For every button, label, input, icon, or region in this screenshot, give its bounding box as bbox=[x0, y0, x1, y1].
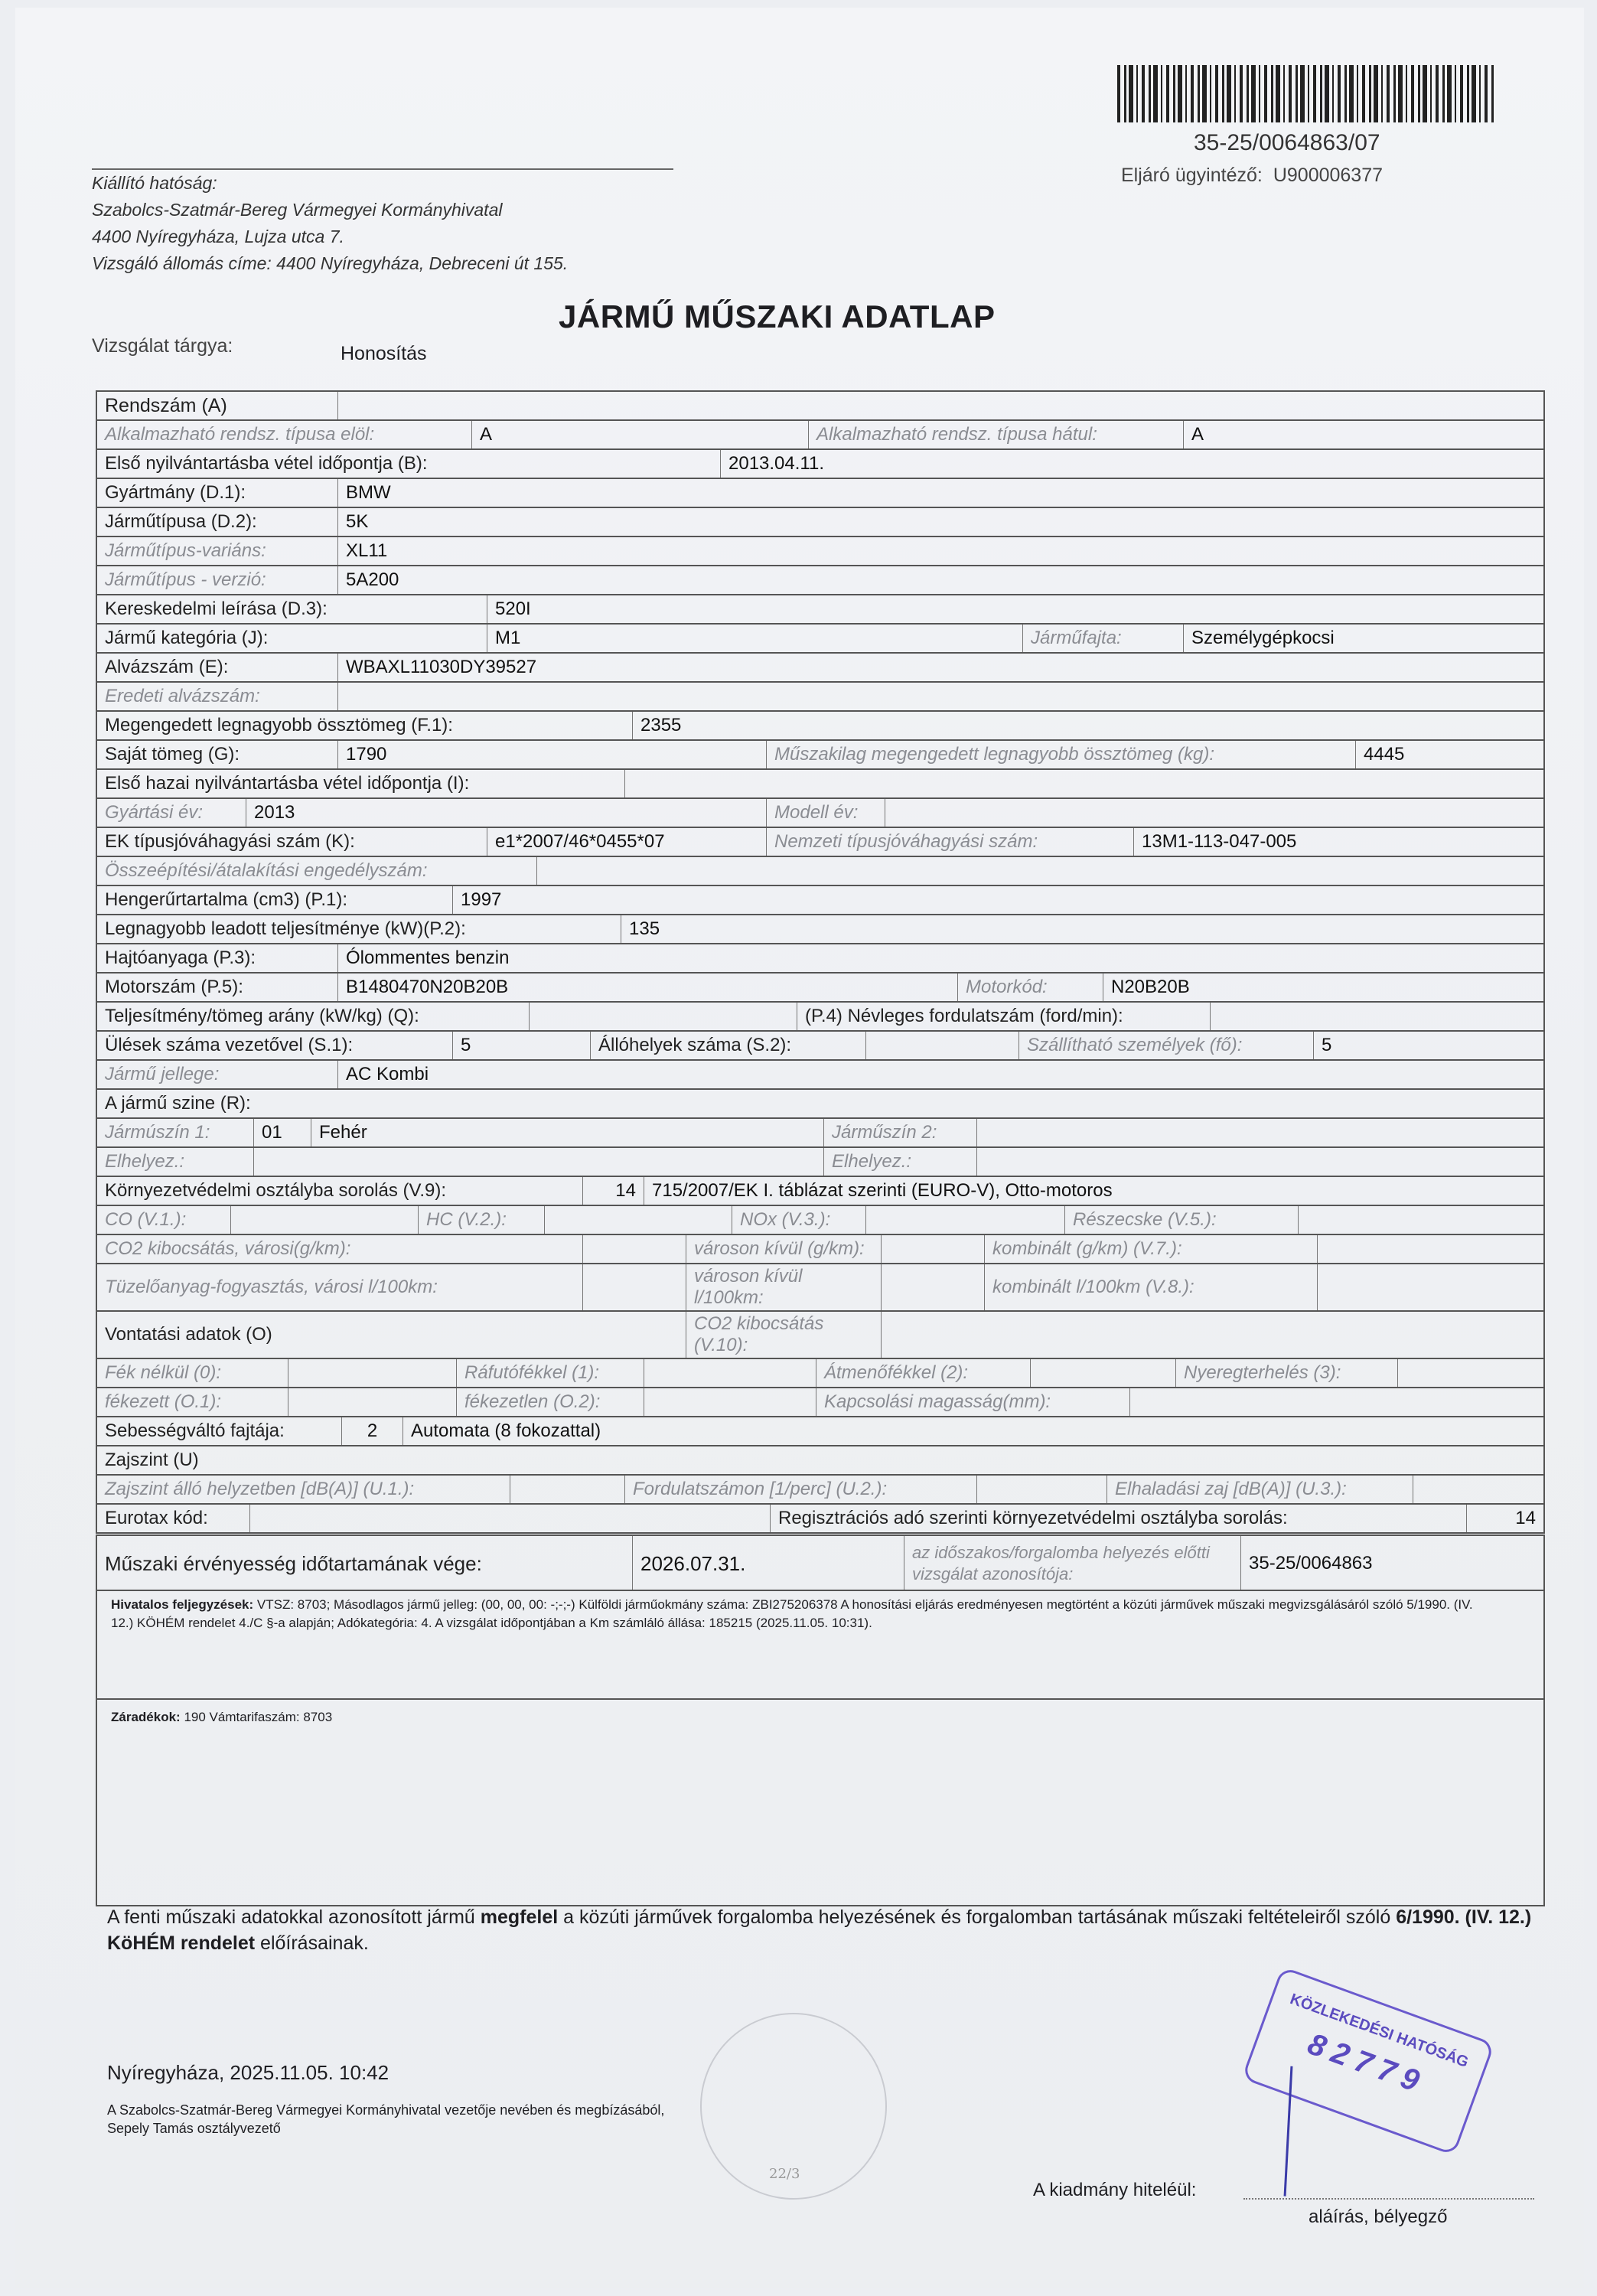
row-towing-1: Fék nélkül (0): Ráfutófékkel (1): Átmenő… bbox=[97, 1359, 1543, 1388]
eurotax-label: Eurotax kód: bbox=[97, 1505, 250, 1532]
displacement-value: 1997 bbox=[453, 886, 1543, 914]
document-page: 35-25/0064863/07 Eljáró ügyintéző:U90000… bbox=[15, 8, 1584, 2288]
gearbox-value: Automata (8 fokozattal) bbox=[403, 1417, 1543, 1445]
subject-label: Vizsgálat tárgya: bbox=[92, 335, 233, 357]
row-towing-2: fékezett (O.1): fékezetlen (O.2): Kapcso… bbox=[97, 1388, 1543, 1417]
version-label: Járműtípus - verzió: bbox=[97, 566, 338, 594]
braked-label: fékezett (O.1): bbox=[97, 1388, 288, 1416]
fuel-extra-label: városon kívül l/100km: bbox=[686, 1264, 882, 1310]
hc-label: HC (V.2.): bbox=[419, 1206, 545, 1234]
row-power-weight: Teljesítmény/tömeg arány (kW/kg) (Q): (P… bbox=[97, 1003, 1543, 1032]
model-year-value bbox=[885, 799, 1543, 827]
row-make: Gyártmány (D.1): BMW bbox=[97, 479, 1543, 508]
env-class-value: 715/2007/EK I. táblázat szerinti (EURO-V… bbox=[644, 1177, 1543, 1205]
continuous-value bbox=[1031, 1359, 1176, 1387]
variant-label: Járműtípus-variáns: bbox=[97, 537, 338, 565]
engine-code-label: Motorkód: bbox=[958, 974, 1103, 1001]
vehicle-kind-value: Személygépkocsi bbox=[1184, 625, 1543, 652]
row-body: Jármű jellege: AC Kombi bbox=[97, 1061, 1543, 1090]
placement1-label: Elhelyez.: bbox=[97, 1148, 254, 1176]
row-displacement: Hengerűrtartalma (cm3) (P.1): 1997 bbox=[97, 886, 1543, 915]
issuer-address: 4400 Nyíregyháza, Lujza utca 7. bbox=[92, 223, 568, 250]
row-color: Jármúszín 1: 01 Fehér Járműszín 2: bbox=[97, 1119, 1543, 1148]
hc-value bbox=[545, 1206, 732, 1234]
nox-label: NOx (V.3.): bbox=[732, 1206, 866, 1234]
signer-block: A Szabolcs-Szatmár-Bereg Vármegyei Kormá… bbox=[107, 2101, 664, 2138]
plate-front-label: Alkalmazható rendsz. típusa elöl: bbox=[97, 421, 472, 448]
row-fuel: Hajtóanyaga (P.3): Ólommentes benzin bbox=[97, 944, 1543, 974]
fuel-combined-label: kombinált l/100km (V.8.): bbox=[985, 1264, 1318, 1310]
row-placement: Elhelyez.: Elhelyez.: bbox=[97, 1148, 1543, 1177]
prod-year-value: 2013 bbox=[246, 799, 767, 827]
model-year-label: Modell év: bbox=[767, 799, 885, 827]
own-mass-label: Saját tömeg (G): bbox=[97, 741, 338, 768]
co2-v10-label: CO2 kibocsátás (V.10): bbox=[686, 1312, 882, 1358]
power-weight-label: Teljesítmény/tömeg arány (kW/kg) (Q): bbox=[97, 1003, 530, 1030]
body-value: AC Kombi bbox=[338, 1061, 1543, 1088]
noise-header: Zajszint (U) bbox=[97, 1446, 1543, 1474]
power-label: Legnagyobb leadott teljesítménye (kW)(P.… bbox=[97, 915, 621, 943]
clerk: Eljáró ügyintéző:U900006377 bbox=[1121, 165, 1383, 187]
tech-max-mass-value: 4445 bbox=[1356, 741, 1543, 768]
page-title: JÁRMŰ MŰSZAKI ADATLAP bbox=[559, 298, 995, 335]
co2-v10-value bbox=[882, 1312, 1543, 1358]
authentication-label: A kiadmány hiteléül: bbox=[1033, 2180, 1196, 2201]
co2-combined-value bbox=[1318, 1235, 1543, 1263]
row-power: Legnagyobb leadott teljesítménye (kW)(P.… bbox=[97, 915, 1543, 944]
conformity-text: előírásainak. bbox=[255, 1932, 369, 1954]
reg-tax-label: Regisztrációs adó szerinti környezetvéde… bbox=[771, 1505, 1467, 1532]
make-label: Gyártmány (D.1): bbox=[97, 479, 338, 507]
row-noise: Zajszint álló helyzetben [dB(A)] (U.1.):… bbox=[97, 1476, 1543, 1505]
authority-stamp-icon: KÖZLEKEDÉSI HATÓSÁG 82779 bbox=[1241, 1966, 1495, 2156]
national-approval-value: 13M1-113-047-005 bbox=[1134, 828, 1543, 856]
color2-label: Járműszín 2: bbox=[824, 1119, 977, 1146]
official-notes-text: VTSZ: 8703; Másodlagos jármű jelleg: (00… bbox=[111, 1597, 1473, 1630]
plate-front-value: A bbox=[472, 421, 809, 448]
color1-code: 01 bbox=[254, 1119, 311, 1146]
fuel-urban-label: Tüzelőanyag-fogyasztás, városi l/100km: bbox=[97, 1264, 583, 1310]
row-category: Jármű kategória (J): M1 Járműfajta: Szem… bbox=[97, 625, 1543, 654]
nox-value bbox=[866, 1206, 1065, 1234]
gearbox-label: Sebességváltó fajtája: bbox=[97, 1417, 342, 1445]
signature-line bbox=[1243, 2181, 1534, 2200]
env-class-label: Környezetvédelmi osztályba sorolás (V.9)… bbox=[97, 1177, 583, 1205]
inspection-id-label: az időszakos/forgalomba helyezés előtti … bbox=[904, 1536, 1241, 1591]
first-domestic-label: Első hazai nyilvántartásba vétel időpont… bbox=[97, 770, 625, 797]
engine-no-label: Motorszám (P.5): bbox=[97, 974, 338, 1001]
row-first-domestic: Első hazai nyilvántartásba vétel időpont… bbox=[97, 770, 1543, 799]
unbraked-label: fékezetlen (O.2): bbox=[457, 1388, 644, 1416]
row-version: Járműtípus - verzió: 5A200 bbox=[97, 566, 1543, 595]
row-assembly-permit: Összeépítési/átalakítási engedélyszám: bbox=[97, 857, 1543, 886]
make-value: BMW bbox=[338, 479, 1543, 507]
max-mass-label: Megengedett legnagyobb össztömeg (F.1): bbox=[97, 712, 633, 739]
rpm-label: (P.4) Névleges fordulatszám (ford/min): bbox=[797, 1003, 1211, 1030]
standing-value bbox=[866, 1032, 1019, 1059]
assembly-permit-label: Összeépítési/átalakítási engedélyszám: bbox=[97, 857, 537, 885]
official-notes: Hivatalos feljegyzések: VTSZ: 8703; Máso… bbox=[111, 1596, 1498, 1632]
validity-section: Műszaki érvényesség időtartamának vége: … bbox=[96, 1534, 1545, 1591]
document-number: 35-25/0064863/07 bbox=[1194, 130, 1380, 156]
co-value bbox=[231, 1206, 419, 1234]
row-fuel-consumption: Tüzelőanyag-fogyasztás, városi l/100km: … bbox=[97, 1264, 1543, 1312]
conformity-statement: A fenti műszaki adatokkal azonosított já… bbox=[107, 1904, 1546, 1956]
co-label: CO (V.1.): bbox=[97, 1206, 231, 1234]
category-label: Jármű kategória (J): bbox=[97, 625, 487, 652]
saddle-value bbox=[1398, 1359, 1543, 1387]
official-notes-label: Hivatalos feljegyzések: bbox=[111, 1597, 253, 1612]
row-engine: Motorszám (P.5): B1480470N20B20B Motorkó… bbox=[97, 974, 1543, 1003]
braked-value bbox=[288, 1388, 457, 1416]
tech-max-mass-label: Műszakilag megengedett legnagyobb össztö… bbox=[767, 741, 1356, 768]
ec-approval-value: e1*2007/46*0455*07 bbox=[487, 828, 767, 856]
fuel-label: Hajtóanyaga (P.3): bbox=[97, 944, 338, 972]
row-towing-header: Vontatási adatok (O) CO2 kibocsátás (V.1… bbox=[97, 1312, 1543, 1359]
unbraked0-value bbox=[288, 1359, 457, 1387]
displacement-label: Hengerűrtartalma (cm3) (P.1): bbox=[97, 886, 453, 914]
placement2-value bbox=[977, 1148, 1543, 1176]
validity-value: 2026.07.31. bbox=[633, 1536, 904, 1591]
row-plate: Rendszám (A) bbox=[97, 392, 1543, 421]
saddle-label: Nyeregterhelés (3): bbox=[1176, 1359, 1398, 1387]
row-first-reg: Első nyilvántartásba vétel időpontja (B)… bbox=[97, 450, 1543, 479]
seal-number: 22/3 bbox=[769, 2166, 800, 2182]
towing-header: Vontatási adatok (O) bbox=[97, 1312, 686, 1358]
row-emissions: CO (V.1.): HC (V.2.): NOx (V.3.): Részec… bbox=[97, 1206, 1543, 1235]
own-mass-value: 1790 bbox=[338, 741, 767, 768]
conformity-text: A fenti műszaki adatokkal azonosított já… bbox=[107, 1906, 481, 1928]
clauses: Záradékok: 190 Vámtarifaszám: 8703 bbox=[111, 1710, 332, 1725]
clerk-id: U900006377 bbox=[1273, 165, 1383, 186]
unbraked-value bbox=[644, 1388, 816, 1416]
barcode bbox=[1117, 65, 1496, 122]
seats-value: 5 bbox=[453, 1032, 591, 1059]
fuel-urban-value bbox=[583, 1264, 686, 1310]
body-label: Jármű jellege: bbox=[97, 1061, 338, 1088]
unbraked0-label: Fék nélkül (0): bbox=[97, 1359, 288, 1387]
noise-rpm-value bbox=[977, 1476, 1107, 1503]
row-orig-vin: Eredeti alvázszám: bbox=[97, 683, 1543, 712]
row-eurotax: Eurotax kód: Regisztrációs adó szerinti … bbox=[97, 1505, 1543, 1532]
plate-label: Rendszám (A) bbox=[97, 392, 338, 419]
row-seats: Ülések száma vezetővel (S.1): 5 Állóhely… bbox=[97, 1032, 1543, 1061]
clauses-label: Záradékok: bbox=[111, 1710, 181, 1724]
category-value: M1 bbox=[487, 625, 1023, 652]
signer-line1: A Szabolcs-Szatmár-Bereg Vármegyei Kormá… bbox=[107, 2101, 664, 2119]
signer-line2: Sepely Tamás osztályvezető bbox=[107, 2119, 664, 2138]
co2-urban-value bbox=[583, 1235, 686, 1263]
first-reg-value: 2013.04.11. bbox=[721, 450, 1543, 478]
subject-value: Honosítás bbox=[341, 343, 427, 365]
conformity-text: a közúti járművek forgalomba helyezéséne… bbox=[558, 1906, 1396, 1928]
row-max-mass: Megengedett legnagyobb össztömeg (F.1): … bbox=[97, 712, 1543, 741]
reg-tax-value: 14 bbox=[1467, 1505, 1543, 1532]
co2-extra-value bbox=[882, 1235, 985, 1263]
power-weight-value bbox=[530, 1003, 797, 1030]
color-header: A jármű szine (R): bbox=[97, 1090, 1543, 1117]
standing-label: Állóhelyek száma (S.2): bbox=[591, 1032, 866, 1059]
co2-combined-label: kombinált (g/km) (V.7.): bbox=[985, 1235, 1318, 1263]
overrun-value bbox=[644, 1359, 816, 1387]
vehicle-kind-label: Járműfajta: bbox=[1023, 625, 1184, 652]
vin-value: WBAXL11030DY39527 bbox=[338, 654, 1543, 681]
vehicle-data-form: Rendszám (A) Alkalmazható rendsz. típusa… bbox=[96, 390, 1545, 1534]
noise-stationary-label: Zajszint álló helyzetben [dB(A)] (U.1.): bbox=[97, 1476, 510, 1503]
power-value: 135 bbox=[621, 915, 1543, 943]
commercial-label: Kereskedelmi leírása (D.3): bbox=[97, 595, 487, 623]
row-gearbox: Sebességváltó fajtája: 2 Automata (8 fok… bbox=[97, 1417, 1543, 1446]
particle-label: Részecske (V.5.): bbox=[1065, 1206, 1299, 1234]
notes-section: Hivatalos feljegyzések: VTSZ: 8703; Máso… bbox=[96, 1590, 1545, 1906]
ec-approval-label: EK típusjóváhagyási szám (K): bbox=[97, 828, 487, 856]
clerk-label: Eljáró ügyintéző: bbox=[1121, 165, 1263, 186]
particle-value bbox=[1299, 1206, 1543, 1234]
rpm-value bbox=[1211, 1003, 1543, 1030]
type-label: Járműtípusa (D.2): bbox=[97, 508, 338, 536]
prod-year-label: Gyártási év: bbox=[97, 799, 246, 827]
inspection-id-value: 35-25/0064863 bbox=[1241, 1536, 1543, 1591]
plate-value bbox=[338, 392, 1543, 419]
divider bbox=[97, 1698, 1543, 1700]
co2-extra-label: városon kívül (g/km): bbox=[686, 1235, 882, 1263]
fuel-combined-value bbox=[1318, 1264, 1543, 1310]
row-approval: EK típusjóváhagyási szám (K): e1*2007/46… bbox=[97, 828, 1543, 857]
variant-value: XL11 bbox=[338, 537, 1543, 565]
gearbox-code: 2 bbox=[342, 1417, 403, 1445]
plate-rear-label: Alkalmazható rendsz. típusa hátul: bbox=[809, 421, 1184, 448]
row-variant: Járműtípus-variáns: XL11 bbox=[97, 537, 1543, 566]
validity-label: Műszaki érvényesség időtartamának vége: bbox=[97, 1536, 633, 1591]
national-approval-label: Nemzeti típusjóváhagyási szám: bbox=[767, 828, 1134, 856]
row-env-class: Környezetvédelmi osztályba sorolás (V.9)… bbox=[97, 1177, 1543, 1206]
engine-no-value: B1480470N20B20B bbox=[338, 974, 958, 1001]
co2-urban-label: CO2 kibocsátás, városi(g/km): bbox=[97, 1235, 583, 1263]
max-mass-value: 2355 bbox=[633, 712, 1543, 739]
noise-stationary-value bbox=[510, 1476, 625, 1503]
persons-value: 5 bbox=[1314, 1032, 1543, 1059]
persons-label: Szállítható személyek (fő): bbox=[1019, 1032, 1314, 1059]
env-class-code: 14 bbox=[583, 1177, 644, 1205]
station-address: Vizsgáló állomás címe: 4400 Nyíregyháza,… bbox=[92, 250, 568, 277]
row-type: Járműtípusa (D.2): 5K bbox=[97, 508, 1543, 537]
overrun-label: Ráfutófékkel (1): bbox=[457, 1359, 644, 1387]
conformity-verdict: megfelel bbox=[481, 1906, 558, 1928]
placement1-value bbox=[254, 1148, 824, 1176]
vin-label: Alvázszám (E): bbox=[97, 654, 338, 681]
row-own-mass: Saját tömeg (G): 1790 Műszakilag megenge… bbox=[97, 741, 1543, 770]
coupling-value bbox=[1130, 1388, 1543, 1416]
row-commercial: Kereskedelmi leírása (D.3): 520I bbox=[97, 595, 1543, 625]
color1-value: Fehér bbox=[311, 1119, 824, 1146]
row-vin: Alvázszám (E): WBAXL11030DY39527 bbox=[97, 654, 1543, 683]
row-prod-year: Gyártási év: 2013 Modell év: bbox=[97, 799, 1543, 828]
issuer-label: Kiállító hatóság: bbox=[92, 170, 568, 197]
row-plate-types: Alkalmazható rendsz. típusa elöl: A Alka… bbox=[97, 421, 1543, 450]
first-reg-label: Első nyilvántartásba vétel időpontja (B)… bbox=[97, 450, 721, 478]
row-co2: CO2 kibocsátás, városi(g/km): városon kí… bbox=[97, 1235, 1543, 1264]
noise-passby-value bbox=[1413, 1476, 1543, 1503]
engine-code-value: N20B20B bbox=[1103, 974, 1543, 1001]
issuer-block: Kiállító hatóság: Szabolcs-Szatmár-Bereg… bbox=[92, 170, 568, 277]
row-noise-header: Zajszint (U) bbox=[97, 1446, 1543, 1476]
clauses-text: 190 Vámtarifaszám: 8703 bbox=[184, 1710, 332, 1724]
orig-vin-value bbox=[338, 683, 1543, 710]
color1-label: Jármúszín 1: bbox=[97, 1119, 254, 1146]
fuel-extra-value bbox=[882, 1264, 985, 1310]
place-date: Nyíregyháza, 2025.11.05. 10:42 bbox=[107, 2061, 389, 2085]
first-domestic-value bbox=[625, 770, 1543, 797]
assembly-permit-value bbox=[537, 857, 1543, 885]
orig-vin-label: Eredeti alvázszám: bbox=[97, 683, 338, 710]
noise-passby-label: Elhaladási zaj [dB(A)] (U.3.): bbox=[1107, 1476, 1413, 1503]
plate-rear-value: A bbox=[1184, 421, 1543, 448]
seats-label: Ülések száma vezetővel (S.1): bbox=[97, 1032, 453, 1059]
coupling-label: Kapcsolási magasság(mm): bbox=[816, 1388, 1130, 1416]
version-value: 5A200 bbox=[338, 566, 1543, 594]
commercial-value: 520I bbox=[487, 595, 1543, 623]
row-color-header: A jármű szine (R): bbox=[97, 1090, 1543, 1119]
noise-rpm-label: Fordulatszámon [1/perc] (U.2.): bbox=[625, 1476, 977, 1503]
signature-caption: aláírás, bélyegző bbox=[1309, 2206, 1447, 2228]
issuer-name: Szabolcs-Szatmár-Bereg Vármegyei Kormány… bbox=[92, 197, 568, 223]
placement2-label: Elhelyez.: bbox=[824, 1148, 977, 1176]
color2-value bbox=[977, 1119, 1543, 1146]
continuous-label: Átmenőfékkel (2): bbox=[816, 1359, 1031, 1387]
type-value: 5K bbox=[338, 508, 1543, 536]
fuel-value: Ólommentes benzin bbox=[338, 944, 1543, 972]
eurotax-value bbox=[250, 1505, 771, 1532]
